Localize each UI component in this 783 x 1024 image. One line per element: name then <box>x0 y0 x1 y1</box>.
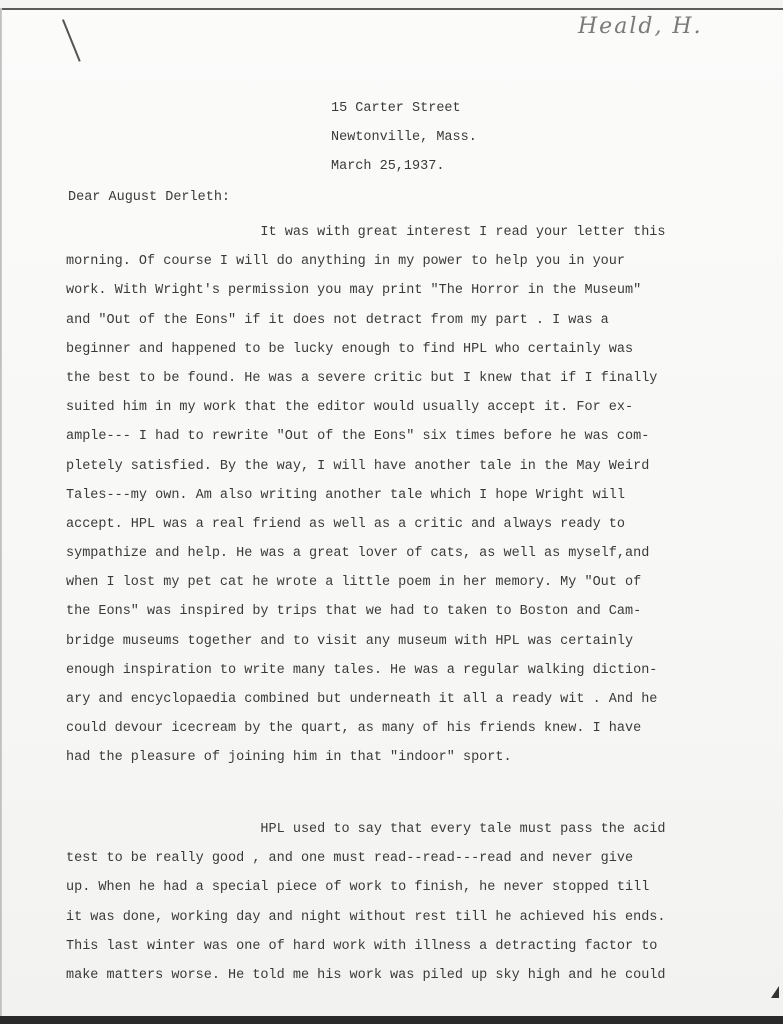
text-line: It was with great interest I read your l… <box>66 218 746 247</box>
text-line: accept. HPL was a real friend as well as… <box>66 510 746 539</box>
text-line: could devour icecream by the quart, as m… <box>66 714 746 743</box>
paragraph-1: It was with great interest I read your l… <box>66 218 746 773</box>
letter-date: March 25,1937. <box>331 152 477 181</box>
text-line: make matters worse. He told me his work … <box>66 961 666 990</box>
page-corner-fold <box>771 986 779 998</box>
text-line: morning. Of course I will do anything in… <box>66 247 746 276</box>
address-street: 15 Carter Street <box>331 94 477 123</box>
text-line: Tales---my own. Am also writing another … <box>66 481 746 510</box>
text-line: ample--- I had to rewrite "Out of the Eo… <box>66 422 746 451</box>
address-city: Newtonville, Mass. <box>331 123 477 152</box>
sender-address-block: 15 Carter Street Newtonville, Mass. Marc… <box>331 94 477 181</box>
text-line: when I lost my pet cat he wrote a little… <box>66 568 746 597</box>
text-line: pletely satisfied. By the way, I will ha… <box>66 452 746 481</box>
text-line: it was done, working day and night witho… <box>66 903 666 932</box>
text-line: suited him in my work that the editor wo… <box>66 393 746 422</box>
text-line: ary and encyclopaedia combined but under… <box>66 685 746 714</box>
salutation: Dear August Derleth: <box>68 190 230 205</box>
text-line: had the pleasure of joining him in that … <box>66 743 746 772</box>
text-line: the best to be found. He was a severe cr… <box>66 364 746 393</box>
text-line: HPL used to say that every tale must pas… <box>66 815 666 844</box>
text-line: sympathize and help. He was a great love… <box>66 539 746 568</box>
text-line: the Eons" was inspired by trips that we … <box>66 597 746 626</box>
text-line: work. With Wright's permission you may p… <box>66 276 746 305</box>
text-line: enough inspiration to write many tales. … <box>66 656 746 685</box>
text-line: This last winter was one of hard work wi… <box>66 932 666 961</box>
page-bottom-edge <box>0 1016 783 1024</box>
paragraph-2: HPL used to say that every tale must pas… <box>66 815 666 990</box>
text-line: and "Out of the Eons" if it does not det… <box>66 306 746 335</box>
handwritten-annotation: Heald, H. <box>578 14 703 39</box>
text-line: bridge museums together and to visit any… <box>66 627 746 656</box>
text-line: beginner and happened to be lucky enough… <box>66 335 746 364</box>
text-line: test to be really good , and one must re… <box>66 844 666 873</box>
text-line: up. When he had a special piece of work … <box>66 873 666 902</box>
